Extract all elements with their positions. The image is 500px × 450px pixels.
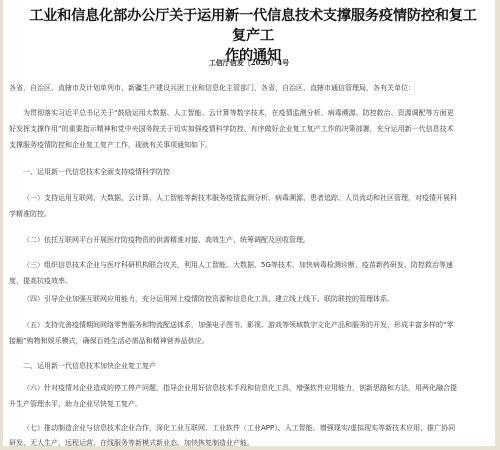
item-5-line-2: 接触”购物和娱乐模式，确保百姓生活必需品和精神营养品供应。	[9, 333, 489, 349]
section-1-heading: 一、运用新一代信息技术全面支持疫情科学防控	[9, 164, 495, 180]
item-6-line-1: （六）针对疫情对企业造成的停工停产问题，指导企业用好信息技术手段和信息化工具，增…	[9, 380, 495, 396]
item-3-line-1: （三）组织信息技术企业与医疗科研机构联合攻关，利用人工智能、大数据、5G等技术，…	[9, 257, 495, 273]
item-4-line-1: （四）引导企业加强互联网应用能力，充分运用网上疫情防控资源和信息化工具，建立线上…	[9, 291, 495, 307]
document-title: 工业和信息化部办公厅关于运用新一代信息技术支撑服务疫情防控和复工复产工 作的通知	[23, 6, 483, 66]
document-number: 工信厅信发〔2020〕4号	[3, 58, 495, 68]
section-2-heading: 二、运用新一代信息技术加快企业复工复产	[9, 358, 495, 374]
item-2-line-1: （二）依托互联网平台开展医疗防疫物资的供需精准对接、高效生产、统筹调配及回收管理…	[9, 232, 495, 248]
item-1-line-1: （一）支持运用互联网、大数据、云计算、人工智能等新技术服务疫情监测分析、病毒溯源…	[9, 190, 495, 206]
intro-line-1: 为贯彻落实习近平总书记关于“鼓励运用大数据、人工智能、云计算等数字技术，在疫情监…	[9, 105, 495, 121]
item-7-line-2: 研发、无人生产、远程运营、在线服务等新模式新业态，加快恢复制造业产能。	[9, 435, 489, 446]
item-5-line-1: （五）支持完善疫情期间网络零售服务和物流配送体系，加强电子图书、影视、游戏等领域…	[9, 317, 495, 333]
item-6-line-2: 升生产管理水平，助力企业尽快复工复产。	[9, 396, 489, 412]
item-1-line-2: 学精准防控。	[9, 206, 489, 222]
addressee: 各省、自治区、直辖市及计划单列市、新疆生产建设兵团工业和信息化主管部门，各省、自…	[9, 80, 489, 96]
item-7-line-1: （七）推动制造企业与信息技术企业合作，深化工业互联网、工业软件（工业APP）、人…	[9, 420, 495, 436]
item-3-line-2: 度，提高抗疫效率。	[9, 273, 489, 289]
document-page: 工业和信息化部办公厅关于运用新一代信息技术支撑服务疫情防控和复工复产工 作的通知…	[3, 0, 495, 446]
intro-line-3: 支撑服务疫情防控和企业复工复产工作，现就有关事项通知如下。	[9, 137, 489, 153]
title-line-1: 工业和信息化部办公厅关于运用新一代信息技术支撑服务疫情防控和复工复产工	[23, 6, 483, 46]
intro-line-2: 好发挥支撑作用”的重要指示精神和党中央国务院关于切实加强疫情科学防控、有序做好企…	[9, 121, 489, 137]
